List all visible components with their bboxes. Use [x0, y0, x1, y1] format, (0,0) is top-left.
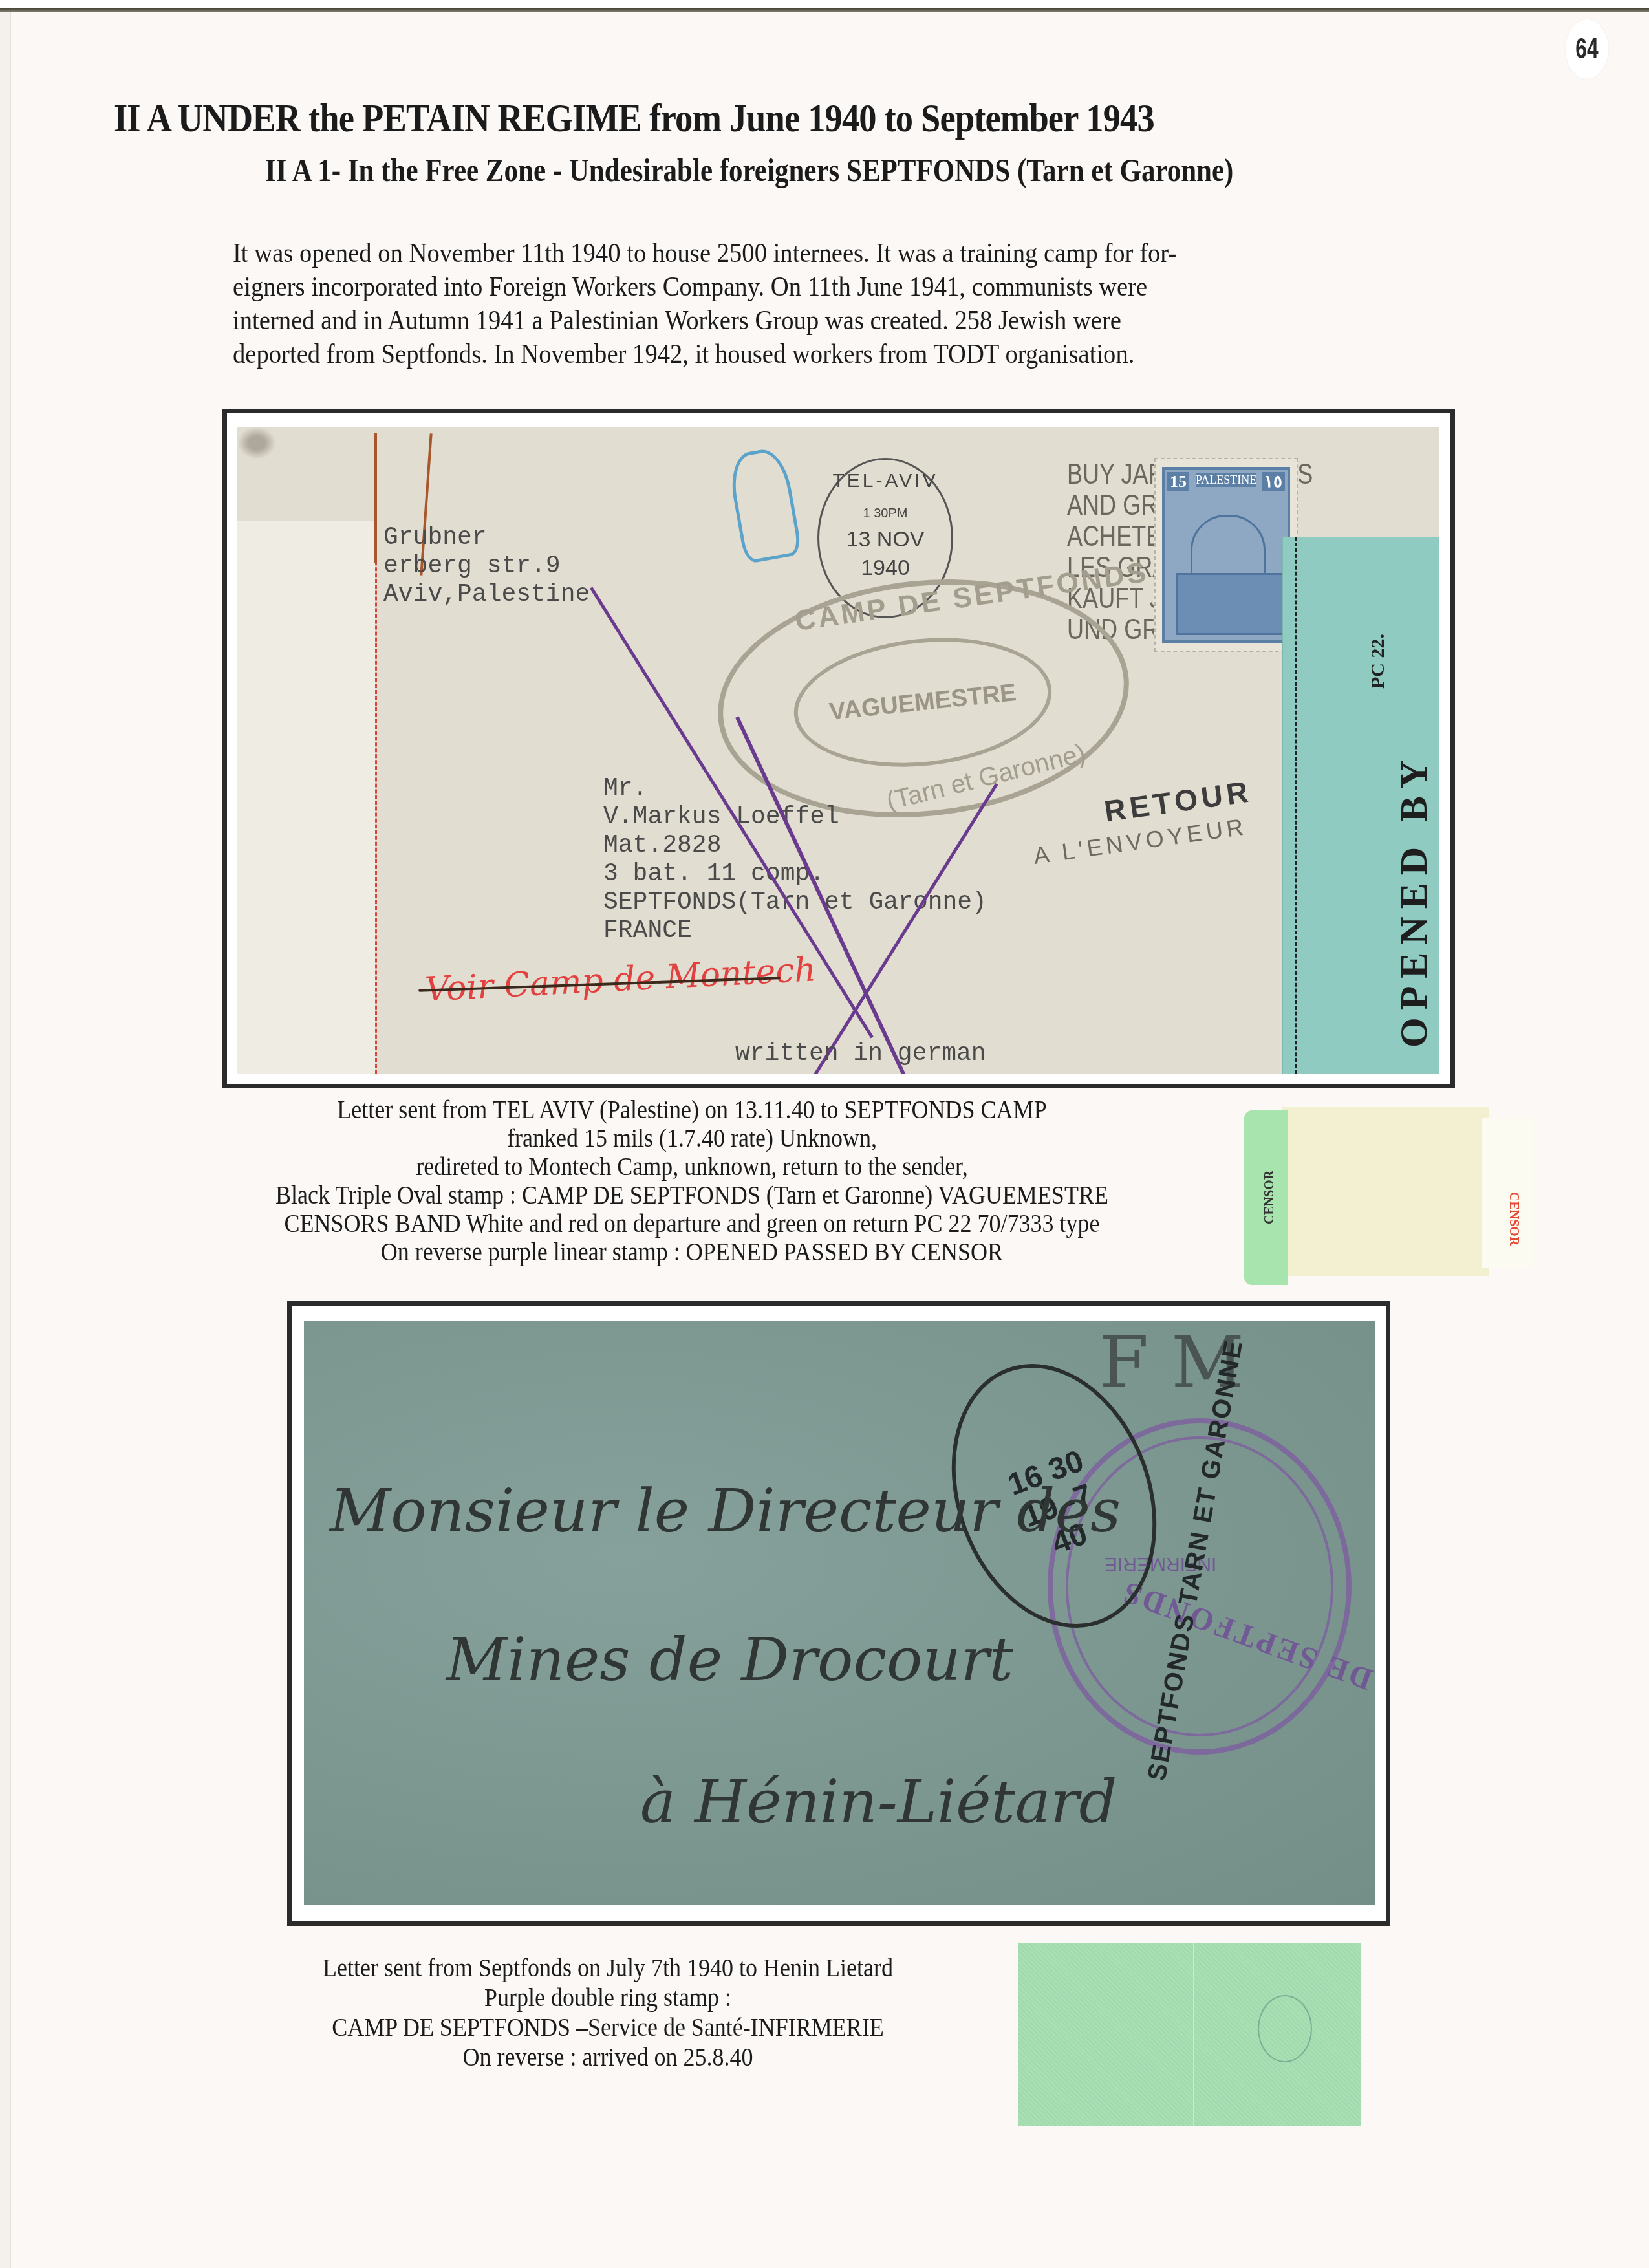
censor-green-text: OPENED BY — [1392, 753, 1436, 1048]
caption-line: CENSORS BAND White and red on departure … — [197, 1209, 1187, 1238]
cover1-caption: Letter sent from TEL AVIV (Palestine) on… — [142, 1096, 1242, 1266]
caption-line: On reverse purple linear stamp : OPENED … — [197, 1238, 1187, 1266]
caption-line: CAMP DE SEPTFONDS –Service de Santé-INFI… — [247, 2013, 969, 2042]
page-subtitle: II A 1- In the Free Zone - Undesirable f… — [265, 151, 1233, 189]
address-handwriting: Mines de Drocourt — [446, 1625, 1013, 1694]
postmark-time: 1 30PM — [819, 506, 951, 521]
address-handwriting: à Hénin-Liétard — [640, 1767, 1117, 1837]
cover-septfonds: F M INFIRMERIE CAMP DE SEPTFONDS 16 30 1… — [304, 1321, 1375, 1905]
caption-line: Letter sent from Septfonds on July 7th 1… — [247, 1953, 969, 1983]
cover1-reverse-thumbnail: CENSOR CENSOR — [1230, 1095, 1514, 1276]
stamp-value-arabic: ١٥ — [1262, 472, 1285, 491]
scan-left-margin — [0, 12, 11, 2268]
red-censor-band — [237, 521, 375, 1074]
intro-line: It was opened on November 11th 1940 to h… — [233, 237, 1363, 270]
caption-line: On reverse : arrived on 25.8.40 — [247, 2042, 969, 2072]
stamp-value: 15 — [1167, 472, 1189, 491]
stamp-country: PALESTINE — [1196, 473, 1256, 487]
intro-line: eigners incorporated into Foreign Worker… — [233, 270, 1363, 304]
caption-line: Black Triple Oval stamp : CAMP DE SEPTFO… — [197, 1181, 1187, 1209]
arrival-postmark — [1258, 1995, 1312, 2062]
page-number: 64 — [1566, 19, 1608, 79]
caption-line: Letter sent from TEL AVIV (Palestine) on… — [197, 1096, 1187, 1124]
intro-paragraph: It was opened on November 11th 1940 to h… — [233, 237, 1363, 371]
sender-line: Aviv,Palestine — [383, 581, 590, 609]
censor-band-perforation — [1295, 537, 1297, 1074]
recipient-line: V.Markus Loeffel — [603, 803, 987, 832]
cover-tel-aviv: OPENED BY Grubnererberg str.9Aviv,Palest… — [237, 427, 1439, 1074]
cover2-reverse-thumbnail — [1018, 1943, 1361, 2126]
reverse-censor-red-text: CENSOR — [1506, 1192, 1521, 1246]
sender-address: Grubnererberg str.9Aviv,Palestine — [383, 524, 590, 609]
stamp-design: 15 PALESTINE ١٥ — [1162, 467, 1290, 643]
caption-line: franked 15 mils (1.7.40 rate) Unknown, — [197, 1124, 1187, 1152]
sender-line: Grubner — [383, 524, 590, 552]
recipient-address: Mr.V.Markus LoeffelMat.28283 bat. 11 com… — [603, 775, 987, 945]
crayon-line — [374, 433, 377, 563]
building-icon — [1176, 573, 1284, 635]
scan-top-margin — [0, 0, 1649, 8]
address-handwriting: Monsieur le Directeur des — [330, 1476, 1121, 1546]
censor-band-perforation — [375, 521, 377, 1074]
written-in-german-note: written in german — [735, 1040, 986, 1068]
intro-line: interned and in Autumn 1941 a Palestinia… — [233, 304, 1363, 338]
page-title: II A UNDER the PETAIN REGIME from June 1… — [114, 96, 1154, 142]
recipient-line: FRANCE — [603, 917, 987, 945]
dome-of-rock-icon — [1191, 515, 1266, 577]
reverse-fold-line — [1193, 1943, 1194, 2126]
palestine-stamp: 15 PALESTINE ١٥ — [1154, 458, 1298, 652]
reverse-censor-green-text: CENSOR — [1262, 1171, 1277, 1224]
blue-crayon-mark — [726, 446, 803, 564]
postmark-city: TEL-AVIV — [819, 470, 951, 492]
sender-line: erberg str.9 — [383, 552, 590, 581]
recipient-line: 3 bat. 11 comp. — [603, 860, 987, 889]
cover2-caption: Letter sent from Septfonds on July 7th 1… — [207, 1953, 1009, 2072]
intro-line: deported from Septfonds. In November 194… — [233, 338, 1363, 371]
caption-line: redireted to Montech Camp, unknown, retu… — [197, 1152, 1187, 1181]
green-censor-band: PC 22. OPENED BY — [1282, 537, 1439, 1074]
recipient-line: Mr. — [603, 775, 987, 803]
censor-code: PC 22. — [1367, 634, 1389, 689]
caption-line: Purple double ring stamp : — [247, 1983, 969, 2013]
corner-cancel-mark — [237, 427, 276, 459]
postmark-date: 13 NOV — [819, 527, 951, 552]
reverse-paper — [1282, 1107, 1489, 1276]
postmark-year: 1940 — [819, 556, 951, 581]
